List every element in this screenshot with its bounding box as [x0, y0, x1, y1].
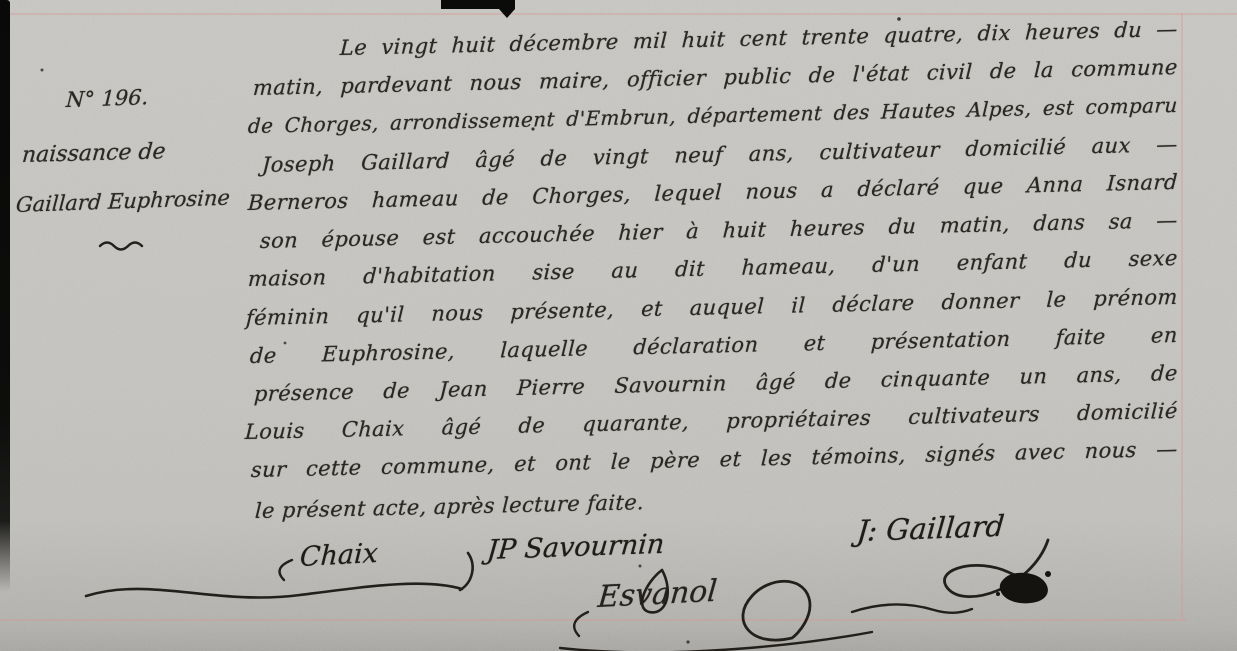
manuscript-line: le présent acte, après lecture faite.: [254, 482, 855, 526]
signature-gaillard: J: Gaillard: [856, 509, 1006, 548]
ink-speck: [996, 592, 1000, 596]
chaix-end-stroke: [460, 553, 473, 590]
paper-speck: [639, 565, 642, 568]
margin-title-line1: naissance de: [21, 139, 167, 168]
ink-blot: [1000, 573, 1048, 604]
official-trailing-stroke: [852, 604, 972, 612]
scan-top-artifact: [441, 0, 515, 9]
record-number: N° 196.: [65, 85, 149, 112]
signature-official: Esvanol: [596, 574, 718, 615]
scan-top-artifact-triangle: [499, 9, 515, 18]
chaix-underline-flourish: [86, 584, 462, 598]
official-lead-stroke: [574, 612, 588, 636]
scanned-birth-record-page: N° 196. naissance de Gaillard Euphrosine…: [0, 0, 1237, 651]
margin-flourish: [100, 243, 142, 250]
paper-speck: [686, 640, 689, 643]
register-rule-top: [0, 13, 1237, 15]
margin-title-line2: Gaillard Euphrosine: [15, 185, 231, 217]
official-underline-flourish: [560, 632, 872, 651]
register-rule-right: [1181, 13, 1183, 621]
official-capital-flourish: [743, 581, 810, 640]
ink-speck: [1045, 571, 1051, 577]
gaillard-paraphe: [944, 540, 1048, 597]
paper-speck: [41, 69, 44, 72]
scan-edge-artifact: [0, 0, 10, 592]
register-rule-bottom: [0, 619, 1186, 621]
chaix-lead-stroke: [280, 560, 293, 580]
signature-savournin: JP Savournin: [486, 529, 666, 566]
signature-chaix: Chaix: [299, 538, 379, 573]
